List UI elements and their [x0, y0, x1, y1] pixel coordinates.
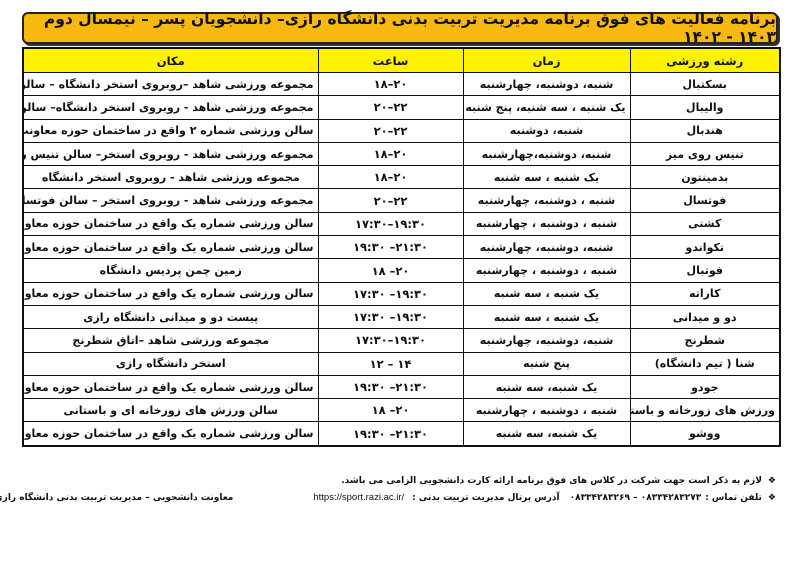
- cell-place: استخر دانشگاه رازی: [23, 352, 318, 375]
- table-header-row: رشته ورزشی زمان ساعت مکان: [23, 48, 780, 73]
- table-row: ووشویک شنبه، سه شنبه۱۹:۳۰ –۲۱:۳۰سالن ورز…: [23, 422, 780, 446]
- header-days: زمان: [463, 48, 630, 73]
- schedule-table: رشته ورزشی زمان ساعت مکان بسکتبالشنبه، د…: [22, 47, 781, 447]
- cell-sport: فوتبال: [630, 259, 780, 282]
- table-row: فوتسالشنبه ، دوشنبه، چهارشنبه۲۰–۲۲مجموعه…: [23, 189, 780, 212]
- cell-time: ۱۹:۳۰ –۲۱:۳۰: [318, 375, 463, 398]
- cell-days: یک شنبه، سه شنبه: [463, 422, 630, 446]
- header-time: ساعت: [318, 48, 463, 73]
- cell-place: سالن ورزشی شماره یک واقع در ساختمان حوزه…: [23, 422, 318, 446]
- cell-days: شنبه، دوشنبه: [463, 119, 630, 142]
- cell-time: ۱۹:۳۰ –۲۱:۳۰: [318, 422, 463, 446]
- table-row: والیبالیک شنبه ، سه شنبه، پنج شنبه۲۰–۲۲م…: [23, 96, 780, 119]
- table-row: شنا ( تیم دانشگاه)پنج شنبه۱۲ – ۱۴استخر د…: [23, 352, 780, 375]
- cell-sport: کاراته: [630, 282, 780, 305]
- portal-url-link[interactable]: https://sport.razi.ac.ir/: [313, 492, 404, 503]
- cell-days: یک شنبه ، سه شنبه، پنج شنبه: [463, 96, 630, 119]
- cell-sport: بسکتبال: [630, 73, 780, 96]
- cell-days: یک شنبه ، سه شنبه: [463, 282, 630, 305]
- cell-place: مجموعه ورزشی شاهد - روبروی استخر دانشگاه: [23, 166, 318, 189]
- cell-time: ۲۰–۲۲: [318, 189, 463, 212]
- note-contact: ❖ تلفن تماس : ۰۸۳۳۴۲۸۳۲۶۹ – ۰۸۳۳۴۲۸۳۲۷۳ …: [16, 489, 776, 506]
- cell-sport: تنیس روی میز: [630, 142, 780, 165]
- cell-time: ۱۸ –۲۰: [318, 259, 463, 282]
- cell-place: مجموعه ورزشی شاهد - روبروی استخر– سالن ت…: [23, 142, 318, 165]
- phone-label: تلفن تماس :: [705, 493, 762, 503]
- cell-sport: تکواندو: [630, 236, 780, 259]
- cell-place: مجموعه ورزشی شاهد - روبروی استخر دانشگاه…: [23, 96, 318, 119]
- cell-time: ۱۷:۳۰–۱۹:۳۰: [318, 329, 463, 352]
- cell-time: ۲۰–۲۲: [318, 119, 463, 142]
- cell-time: ۲۰–۲۲: [318, 96, 463, 119]
- cell-sport: ووشو: [630, 422, 780, 446]
- table-row: فوتبالشنبه ، دوشنبه ، چهارشنبه۱۸ –۲۰زمین…: [23, 259, 780, 282]
- diamond-bullet-icon: ❖: [768, 493, 776, 503]
- cell-place: سالن ورزش های زورخانه ای و باستانی: [23, 399, 318, 422]
- cell-time: ۱۸ –۲۰: [318, 399, 463, 422]
- table-row: دو و میدانییک شنبه ، سه شنبه۱۷:۳۰ –۱۹:۳۰…: [23, 305, 780, 328]
- cell-time: ۱۷:۳۰ –۱۹:۳۰: [318, 282, 463, 305]
- cell-sport: ورزش های زورخانه و باستانی: [630, 399, 780, 422]
- table-row: جودویک شنبه، سه شنبه۱۹:۳۰ –۲۱:۳۰سالن ورز…: [23, 375, 780, 398]
- cell-sport: والیبال: [630, 96, 780, 119]
- phone-numbers: ۰۸۳۳۴۲۸۳۲۶۹ – ۰۸۳۳۴۲۸۳۲۷۳: [570, 493, 702, 503]
- header-sport: رشته ورزشی: [630, 48, 780, 73]
- cell-place: سالن ورزشی شماره یک واقع در ساختمان حوزه…: [23, 212, 318, 235]
- cell-sport: شطرنج: [630, 329, 780, 352]
- cell-days: شنبه ، دوشنبه، چهارشنبه: [463, 189, 630, 212]
- cell-time: ۱۷:۳۰–۱۹:۳۰: [318, 212, 463, 235]
- note-requirement: ❖ لازم به ذکر است جهت شرکت در کلاس های ف…: [16, 472, 776, 489]
- table-row: بسکتبالشنبه، دوشنبه، چهارشنبه۱۸–۲۰مجموعه…: [23, 73, 780, 96]
- table-row: کاراتهیک شنبه ، سه شنبه۱۷:۳۰ –۱۹:۳۰سالن …: [23, 282, 780, 305]
- cell-time: ۱۸–۲۰: [318, 166, 463, 189]
- cell-place: پیست دو و میدانی دانشگاه رازی: [23, 305, 318, 328]
- cell-sport: کشتی: [630, 212, 780, 235]
- cell-sport: جودو: [630, 375, 780, 398]
- cell-time: ۱۹:۳۰ –۲۱:۳۰: [318, 236, 463, 259]
- cell-place: سالن ورزشی شماره یک واقع در ساختمان حوزه…: [23, 282, 318, 305]
- cell-sport: دو و میدانی: [630, 305, 780, 328]
- table-row: تنیس روی میزشنبه، دوشنبه،چهارشنبه۱۸–۲۰مج…: [23, 142, 780, 165]
- cell-time: ۱۷:۳۰ –۱۹:۳۰: [318, 305, 463, 328]
- cell-sport: فوتسال: [630, 189, 780, 212]
- notes-section: ❖ لازم به ذکر است جهت شرکت در کلاس های ف…: [16, 472, 776, 506]
- cell-place: سالن ورزشی شماره ۲ واقع در ساختمان حوزه …: [23, 119, 318, 142]
- cell-time: ۱۲ – ۱۴: [318, 352, 463, 375]
- cell-place: سالن ورزشی شماره یک واقع در ساختمان حوزه…: [23, 236, 318, 259]
- cell-place: مجموعه ورزشی شاهد –روبروی استخر دانشگاه …: [23, 73, 318, 96]
- cell-time: ۱۸–۲۰: [318, 73, 463, 96]
- cell-days: یک شنبه، سه شنبه: [463, 375, 630, 398]
- cell-place: زمین چمن پردیس دانشگاه: [23, 259, 318, 282]
- table-row: کشتیشنبه ، دوشنبه ، چهارشنبه۱۷:۳۰–۱۹:۳۰س…: [23, 212, 780, 235]
- cell-days: شنبه، دوشنبه، چهارشنبه: [463, 73, 630, 96]
- cell-sport: هندبال: [630, 119, 780, 142]
- cell-days: یک شنبه ، سه شنبه: [463, 166, 630, 189]
- cell-days: شنبه ، دوشنبه ، چهارشنبه: [463, 259, 630, 282]
- cell-time: ۱۸–۲۰: [318, 142, 463, 165]
- table-row: ورزش های زورخانه و باستانیشنبه ، دوشنبه …: [23, 399, 780, 422]
- diamond-bullet-icon: ❖: [768, 476, 776, 486]
- cell-days: پنج شنبه: [463, 352, 630, 375]
- portal-label: آدرس پرتال مدیریت تربیت بدنی :: [412, 493, 559, 503]
- header-place: مکان: [23, 48, 318, 73]
- cell-days: شنبه ، دوشنبه ، چهارشنبه: [463, 212, 630, 235]
- cell-place: سالن ورزشی شماره یک واقع در ساختمان حوزه…: [23, 375, 318, 398]
- cell-days: شنبه، دوشنبه، چهارشنبه: [463, 236, 630, 259]
- cell-sport: بدمینتون: [630, 166, 780, 189]
- table-row: شطرنجشنبه، دوشنبه، چهارشنبه۱۷:۳۰–۱۹:۳۰مج…: [23, 329, 780, 352]
- table-row: تکواندوشنبه، دوشنبه، چهارشنبه۱۹:۳۰ –۲۱:۳…: [23, 236, 780, 259]
- cell-days: شنبه ، دوشنبه ، چهارشنبه: [463, 399, 630, 422]
- table-row: بدمینتونیک شنبه ، سه شنبه۱۸–۲۰مجموعه ورز…: [23, 166, 780, 189]
- cell-place: مجموعه ورزشی شاهد –اتاق شطرنج: [23, 329, 318, 352]
- title-text: برنامه فعالیت های فوق برنامه مدیریت تربی…: [24, 10, 776, 46]
- cell-sport: شنا ( تیم دانشگاه): [630, 352, 780, 375]
- cell-place: مجموعه ورزشی شاهد - روبروی استخر – سالن …: [23, 189, 318, 212]
- cell-days: شنبه، دوشنبه،چهارشنبه: [463, 142, 630, 165]
- table-row: هندبالشنبه، دوشنبه۲۰–۲۲سالن ورزشی شماره …: [23, 119, 780, 142]
- cell-days: یک شنبه ، سه شنبه: [463, 305, 630, 328]
- page-title: برنامه فعالیت های فوق برنامه مدیریت تربی…: [22, 12, 778, 44]
- organization-signature: معاونت دانشجویی – مدیریت تربیت بدنی دانش…: [0, 493, 233, 503]
- requirement-text: لازم به ذکر است جهت شرکت در کلاس های فوق…: [341, 476, 762, 486]
- cell-days: شنبه، دوشنبه، چهارشنبه: [463, 329, 630, 352]
